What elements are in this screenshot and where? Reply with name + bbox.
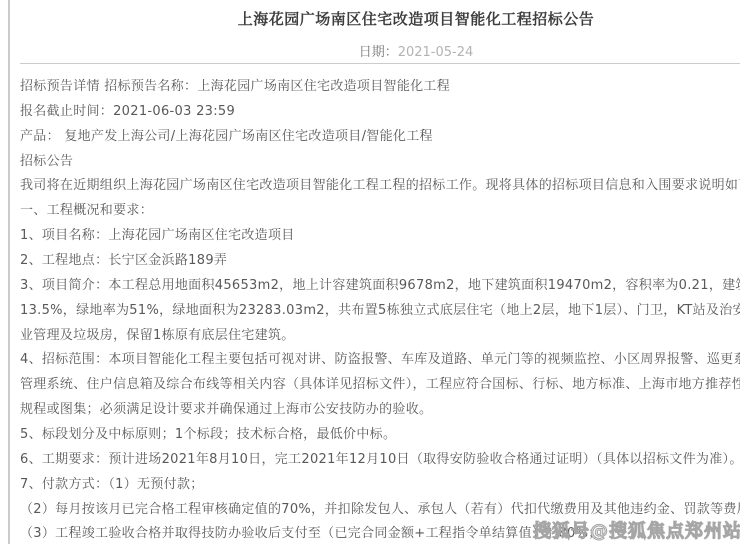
content-line-project-name: 1、项目名称：上海花园广场南区住宅改造项目 [20, 224, 740, 249]
content-line-scope-1: 4、招标范围：本项目智能化工程主要包括可视对讲、防盗报警、车库及道路、单元门等的… [20, 348, 740, 373]
content-line-summary-1: 3、项目简介：本工程总用地面积45653m2，地上计容建筑面积9678m2，地下… [20, 274, 740, 299]
content-line-intro: 我司将在近期组织上海花园广场南区住宅改造项目智能化工程工程的招标工作。现将具体的… [20, 174, 740, 199]
content-line-product: 产品： 复地产发上海公司/上海花园广场南区住宅改造项目/智能化工程 [20, 125, 740, 150]
content-line-notice-name: 招标预告详情 招标预告名称：上海花园广场南区住宅改造项目智能化工程 [20, 75, 740, 100]
content-line-heading: 招标公告 [20, 150, 740, 175]
content-line-location: 2、工程地点：长宁区金浜路189弄 [20, 249, 740, 274]
content-line-scope-3: 规程或图集；必须满足设计要求并确保通过上海市公安技防办的验收。 [20, 398, 740, 423]
date-value: 2021-05-24 [398, 45, 474, 60]
content-lines: 招标预告详情 招标预告名称：上海花园广场南区住宅改造项目智能化工程 报名截止时间… [20, 75, 740, 544]
content-line-scope-2: 管理系统、住户信息箱及综合布线等相关内容（具体详见招标文件），工程应符合国标、行… [20, 373, 740, 398]
left-border-rule [8, 0, 10, 544]
content-line-sections-rule: 5、标段划分及中标原则；1个标段；技术标合格，最低价中标。 [20, 423, 740, 448]
content-line-summary-2: 13.5%，绿地率为51%，绿地面积为23283.03m2，共布置5栋独立式底层… [20, 299, 740, 324]
page-title: 上海花园广场南区住宅改造项目智能化工程招标公告 [20, 8, 740, 29]
content-line-payment-1: 7、付款方式：（1）无预付款； [20, 473, 740, 498]
watermark-text: 搜狐号@搜狐焦点郑州站 [533, 517, 740, 543]
content-line-summary-3: 业管理及垃圾房，保留1栋原有底层住宅建筑。 [20, 324, 740, 349]
content-line-deadline: 报名截止时间：2021-06-03 23:59 [20, 100, 740, 125]
content-line-schedule: 6、工期要求：预计进场2021年8月10日，完工2021年12月10日（取得安防… [20, 448, 740, 473]
date-line: 日期：2021-05-24 [20, 41, 740, 60]
content-line-section1: 一、工程概况和要求： [20, 199, 740, 224]
date-label: 日期： [359, 45, 398, 60]
divider-line [20, 63, 740, 64]
